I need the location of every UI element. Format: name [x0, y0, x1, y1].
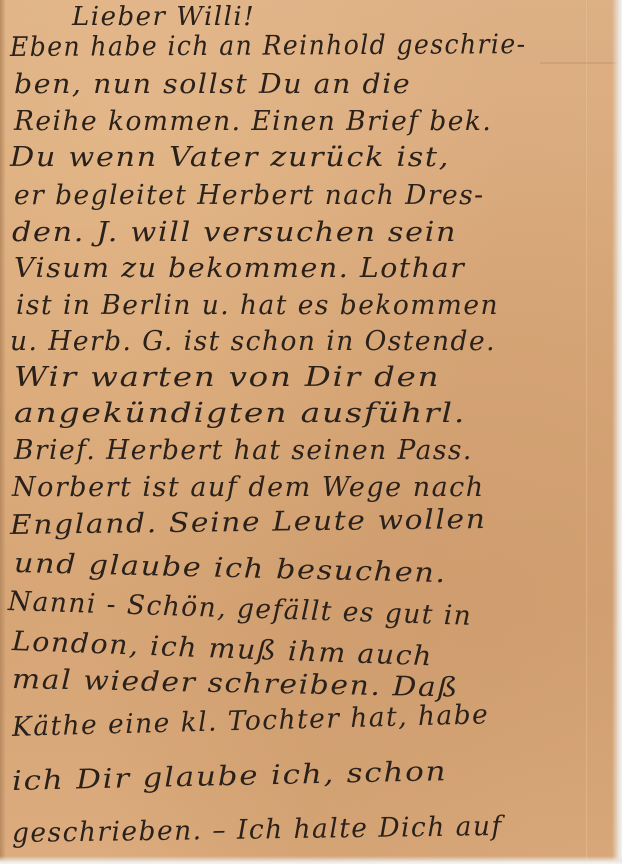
- paper-right-edge: [612, 0, 622, 864]
- letter-line-3: Reihe kommen. Einen Brief bek.: [14, 106, 492, 137]
- paper-bottom-edge: [0, 856, 622, 864]
- letter-line-11: angekündigten ausführl.: [14, 398, 466, 429]
- letter-line-21: geschrieben. – Ich halte Dich auf: [12, 811, 503, 849]
- letter-line-15: und glaube ich besuchen.: [14, 548, 448, 589]
- letter-body: Lieber Willi! Eben habe ich an Reinhold …: [0, 0, 622, 864]
- letter-line-12: Brief. Herbert hat seinen Pass.: [14, 435, 473, 466]
- letter-paper: Lieber Willi! Eben habe ich an Reinhold …: [0, 0, 622, 864]
- salutation: Lieber Willi!: [72, 2, 255, 32]
- letter-line-2: ben, nun sollst Du an die: [14, 69, 411, 100]
- letter-line-7: Visum zu bekommen. Lothar: [14, 253, 465, 284]
- letter-line-1: Eben habe ich an Reinhold geschrie-: [10, 29, 527, 63]
- letter-line-5: er begleitet Herbert nach Dres-: [14, 180, 485, 211]
- letter-line-6: den. J. will versuchen sein: [12, 217, 457, 248]
- letter-line-14: England. Seine Leute wollen: [10, 504, 487, 541]
- letter-line-20: ich Dir glaube ich, schon: [12, 756, 448, 797]
- letter-line-4: Du wenn Vater zurück ist,: [10, 142, 450, 173]
- letter-line-8: ist in Berlin u. hat es bekommen: [16, 290, 499, 321]
- letter-line-13: Norbert ist auf dem Wege nach: [12, 472, 485, 503]
- letter-line-9: u. Herb. G. ist schon in Ostende.: [10, 326, 496, 357]
- letter-line-10: Wir warten von Dir den: [14, 362, 440, 393]
- letter-line-19: Käthe eine kl. Tochter hat, habe: [12, 699, 490, 743]
- letter-line-16: Nanni - Schön, gefällt es gut in: [8, 586, 473, 632]
